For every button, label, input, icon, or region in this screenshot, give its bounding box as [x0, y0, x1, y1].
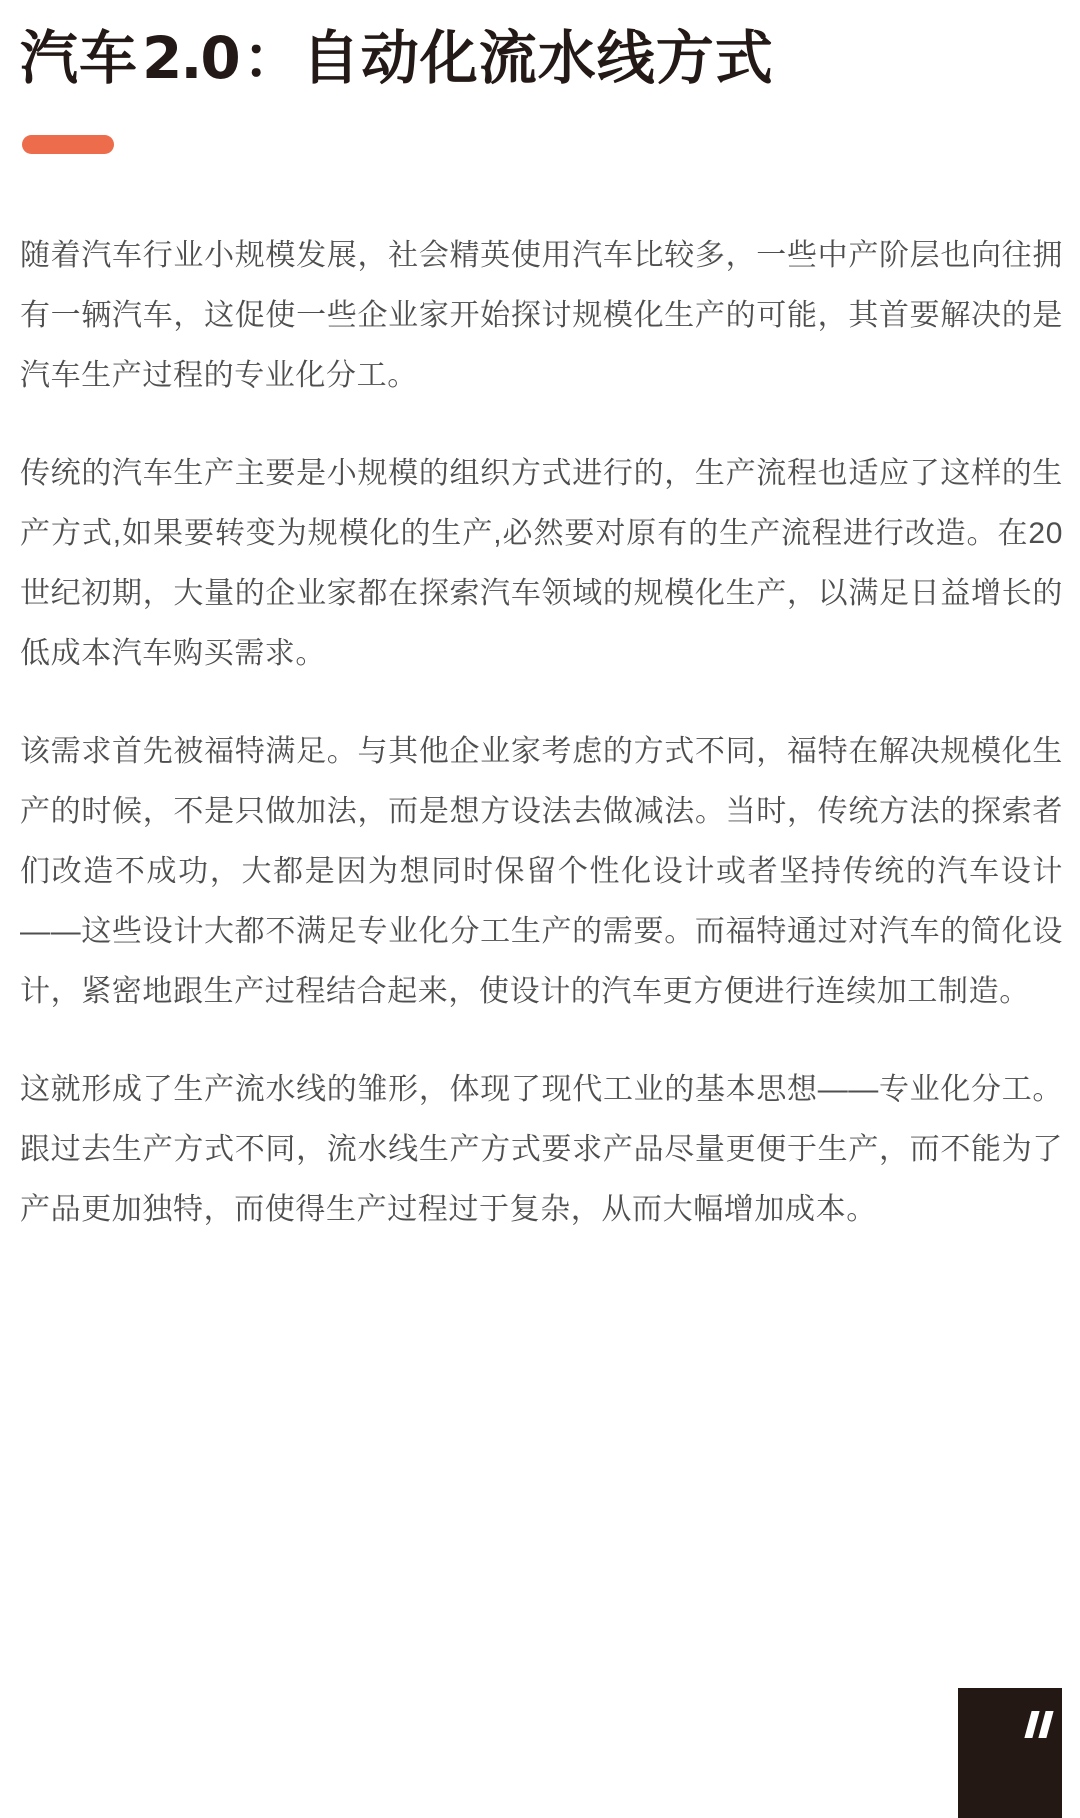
title-text-right: ：自动化流水线方式: [243, 26, 774, 91]
title-text-left: 汽车: [20, 26, 138, 91]
paragraph-3: 该需求首先被福特满足。与其他企业家考虑的方式不同，福特在解决规模化生产的时候，不…: [20, 722, 1063, 1022]
pause-bar-left: [1024, 1711, 1039, 1738]
title-accent-bar: [22, 135, 114, 154]
paragraph-4: 这就形成了生产流水线的雏形，体现了现代工业的基本思想——专业化分工。跟过去生产方…: [20, 1060, 1063, 1240]
pause-bar-right: [1038, 1711, 1053, 1738]
page-title: 汽车2.0：自动化流水线方式: [20, 24, 1060, 93]
article-body: 随着汽车行业小规模发展，社会精英使用汽车比较多，一些中产阶层也向往拥有一辆汽车，…: [20, 226, 1063, 1240]
paragraph-1: 随着汽车行业小规模发展，社会精英使用汽车比较多，一些中产阶层也向往拥有一辆汽车，…: [20, 226, 1063, 406]
page-corner-marker: [958, 1688, 1062, 1818]
paragraph-2: 传统的汽车生产主要是小规模的组织方式进行的，生产流程也适应了这样的生产方式,如果…: [20, 444, 1063, 684]
title-version-number: 2.0: [138, 24, 243, 92]
article-page: 汽车2.0：自动化流水线方式 随着汽车行业小规模发展，社会精英使用汽车比较多，一…: [0, 0, 1080, 1818]
pause-icon: [1025, 1711, 1055, 1738]
article-header: 汽车2.0：自动化流水线方式: [0, 0, 1080, 154]
